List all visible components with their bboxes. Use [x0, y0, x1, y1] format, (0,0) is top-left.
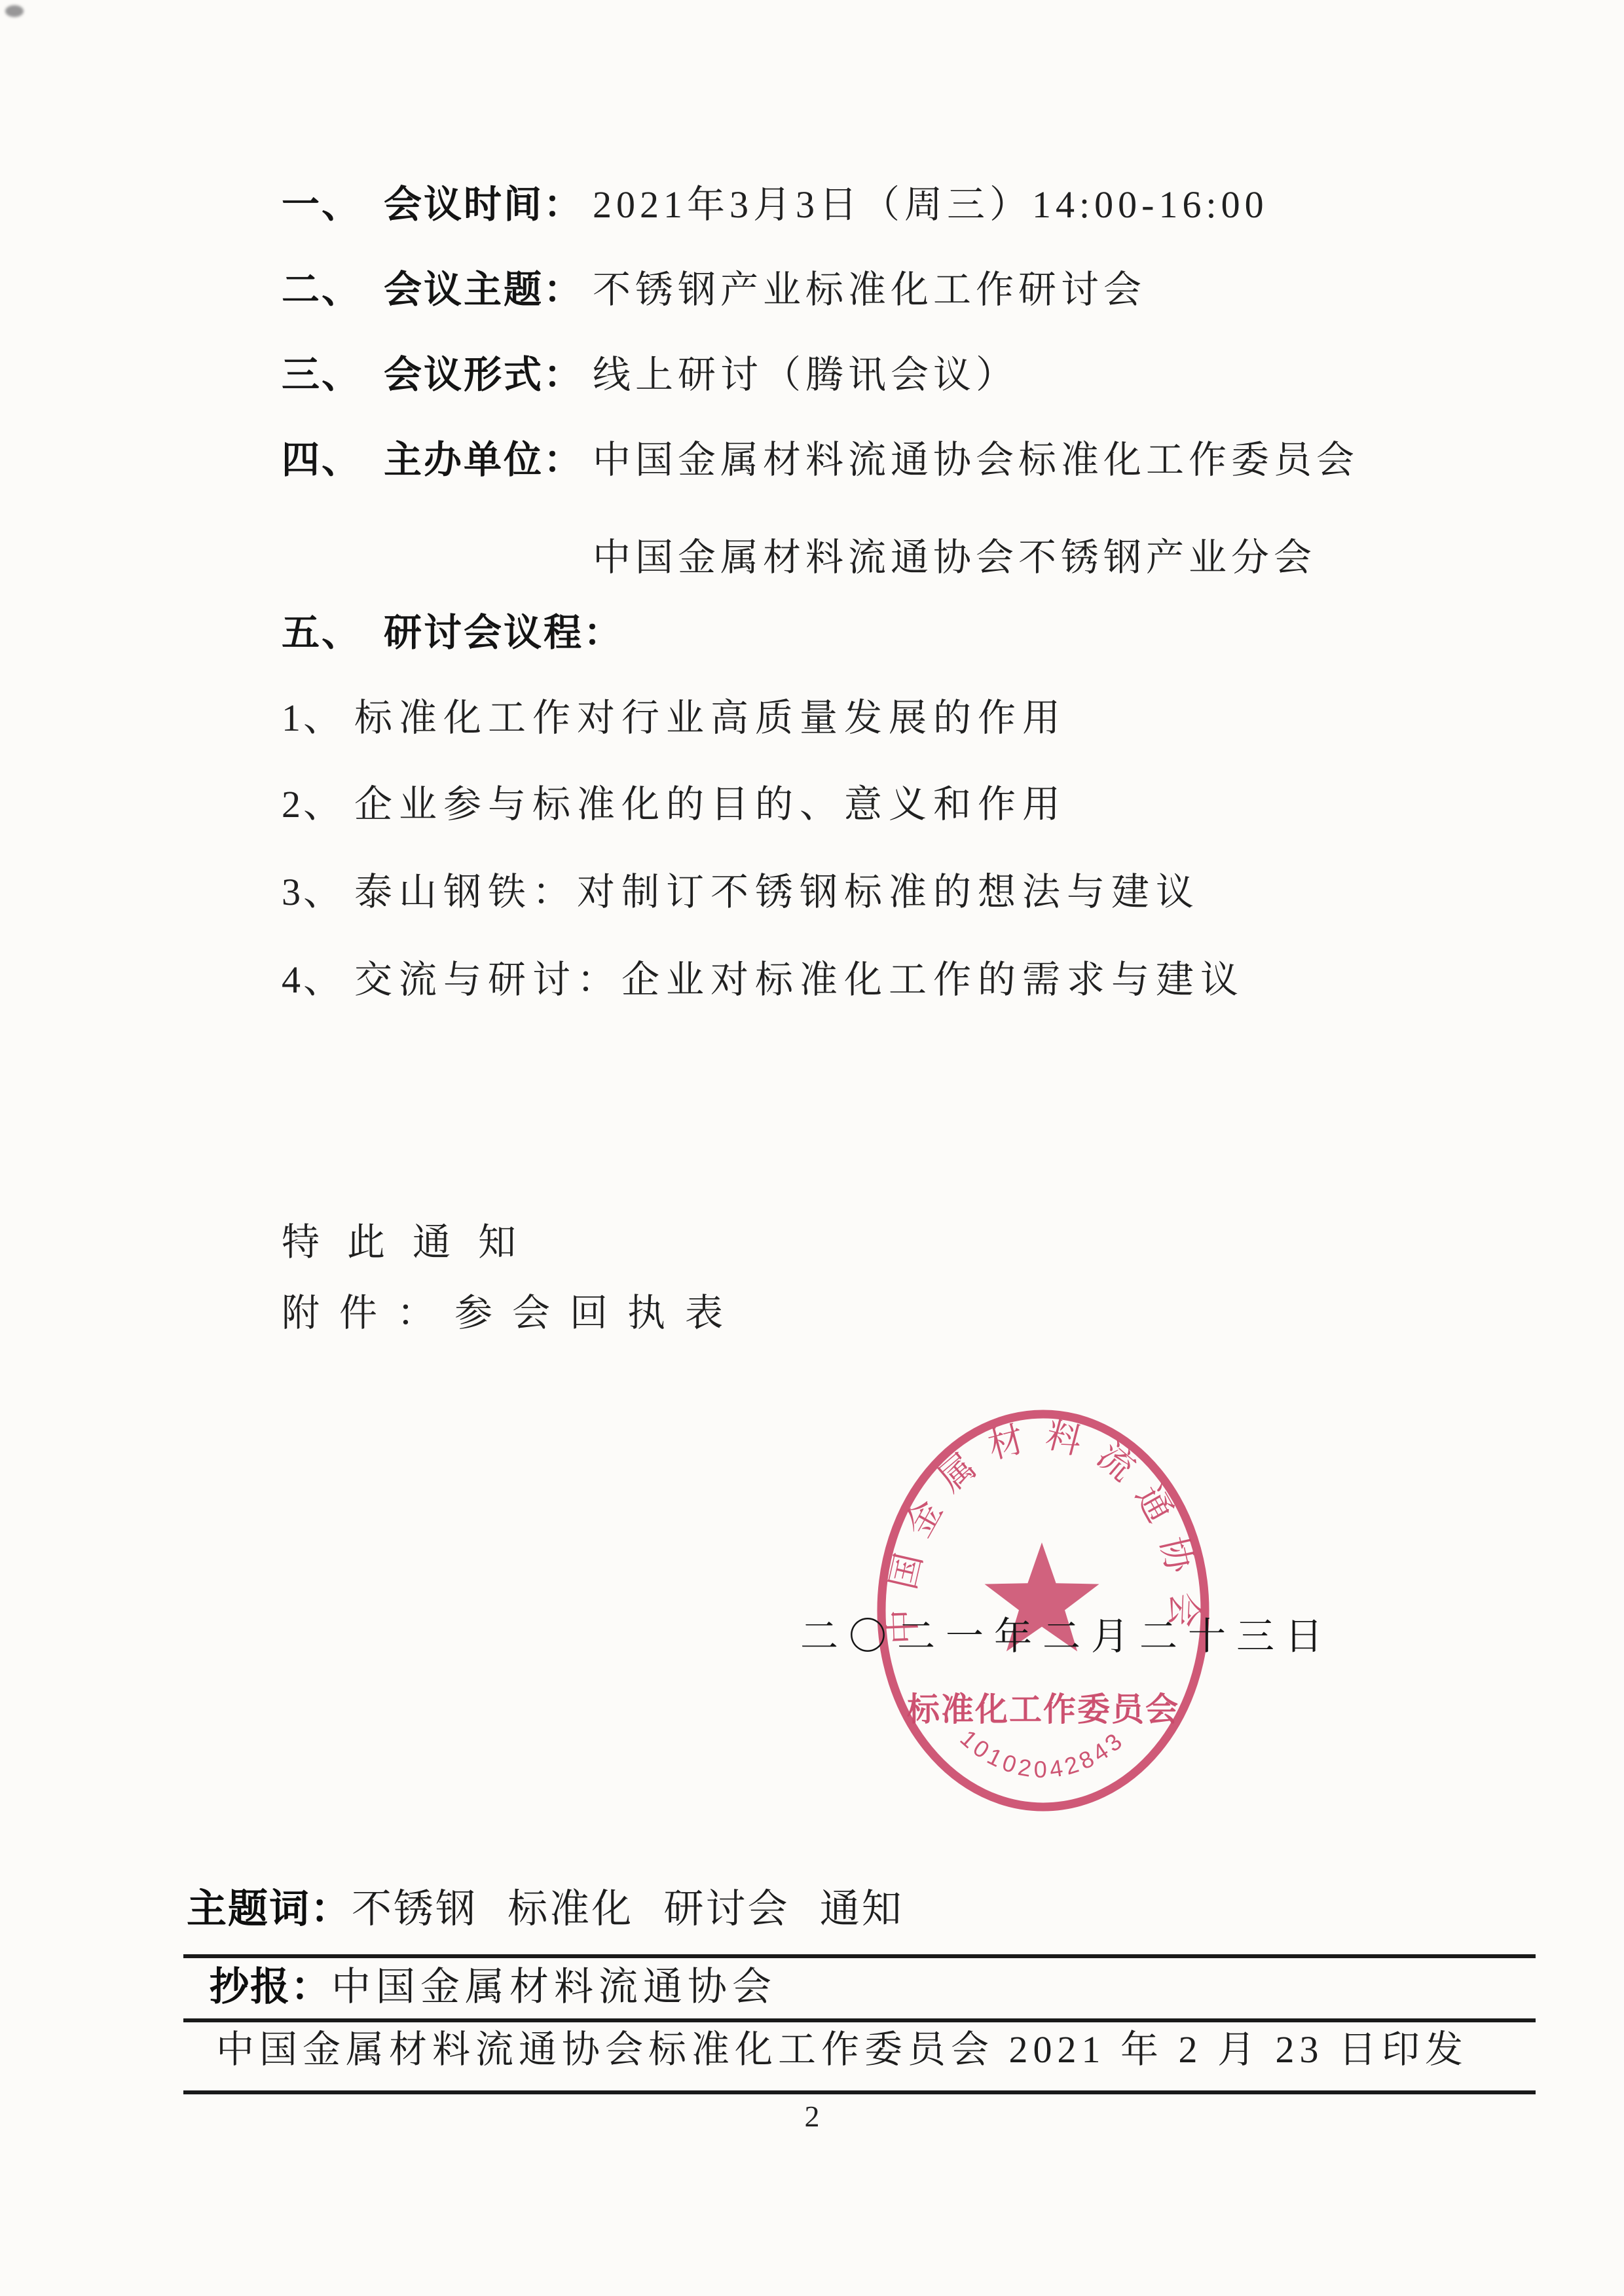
issue-date: 二〇二一年二月二十三日 [800, 1605, 1333, 1660]
item-label: 会议时间： [384, 183, 583, 226]
item-label: 研讨会议程： [384, 611, 623, 654]
copy-value: 中国金属材料流通协会 [331, 1965, 777, 2009]
agenda-item-4: 4、交流与研讨：企业对标准化工作的需求与建议 [282, 961, 1245, 999]
item-content: 不锈钢产业标准化工作研讨会 [593, 268, 1146, 311]
agenda-heading-line: 五、研讨会议程： [282, 614, 633, 652]
meeting-host-line: 四、主办单位：中国金属材料流通协会标准化工作委员会 [282, 441, 1359, 479]
agenda-text: 企业参与标准化的目的、意义和作用 [354, 783, 1067, 826]
agenda-text: 泰山钢铁：对制订不锈钢标准的想法与建议 [354, 871, 1200, 913]
subject-keywords-line: 主题词：不锈钢 标准化 研讨会 通知 [187, 1889, 904, 1929]
notice-text: 特此通知 [282, 1211, 544, 1266]
item-number: 二、 [282, 268, 361, 311]
agenda-item-1: 1、标准化工作对行业高质量发展的作用 [282, 699, 1067, 737]
item-label: 会议形式： [384, 354, 583, 396]
item-content: 2021年3月3日（周三）14:00-16:00 [593, 183, 1268, 226]
item-label: 会议主题： [384, 268, 583, 311]
footer-divider-1 [183, 1954, 1536, 1958]
attachment-text: 附件：参会回执表 [282, 1282, 743, 1337]
meeting-host-line-2: 中国金属材料流通协会不锈钢产业分会 [593, 526, 1316, 581]
footer-divider-2 [183, 2018, 1536, 2022]
document-page: 一、会议时间：2021年3月3日（周三）14:00-16:00 二、会议主题：不… [0, 0, 1624, 2296]
agenda-number: 3、 [282, 871, 344, 913]
page-number: 2 [0, 2099, 1624, 2134]
subject-label: 主题词： [187, 1886, 352, 1931]
meeting-time-line: 一、会议时间：2021年3月3日（周三）14:00-16:00 [282, 186, 1268, 224]
subject-terms: 不锈钢 标准化 研讨会 通知 [352, 1887, 904, 1931]
meeting-format-line: 三、会议形式：线上研讨（腾讯会议） [282, 356, 1018, 394]
issue-info-line: 中国金属材料流通协会标准化工作委员会 2021 年 2 月 23 日印发 [216, 2031, 1468, 2069]
seal-banner-text: 标准化工作委员会 [907, 1691, 1179, 1728]
meeting-topic-line: 二、会议主题：不锈钢产业标准化工作研讨会 [282, 271, 1146, 309]
item-number: 三、 [282, 354, 361, 396]
copy-to-line: 抄报：中国金属材料流通协会 [210, 1967, 777, 2007]
item-number: 五、 [282, 611, 361, 654]
agenda-number: 4、 [282, 958, 344, 1001]
agenda-item-3: 3、泰山钢铁：对制订不锈钢标准的想法与建议 [282, 873, 1200, 911]
item-number: 四、 [282, 439, 361, 481]
footer-divider-3 [183, 2090, 1536, 2094]
agenda-number: 1、 [282, 697, 344, 739]
item-content: 中国金属材料流通协会标准化工作委员会 [593, 439, 1359, 481]
agenda-text: 标准化工作对行业高质量发展的作用 [354, 697, 1067, 739]
item-number: 一、 [282, 183, 361, 226]
agenda-text: 交流与研讨：企业对标准化工作的需求与建议 [354, 958, 1245, 1001]
agenda-item-2: 2、企业参与标准化的目的、意义和作用 [282, 786, 1067, 824]
item-label: 主办单位： [384, 439, 583, 481]
copy-label: 抄报： [210, 1965, 331, 2009]
agenda-number: 2、 [282, 783, 344, 826]
scan-artifact [5, 5, 24, 17]
item-content: 线上研讨（腾讯会议） [593, 354, 1018, 396]
